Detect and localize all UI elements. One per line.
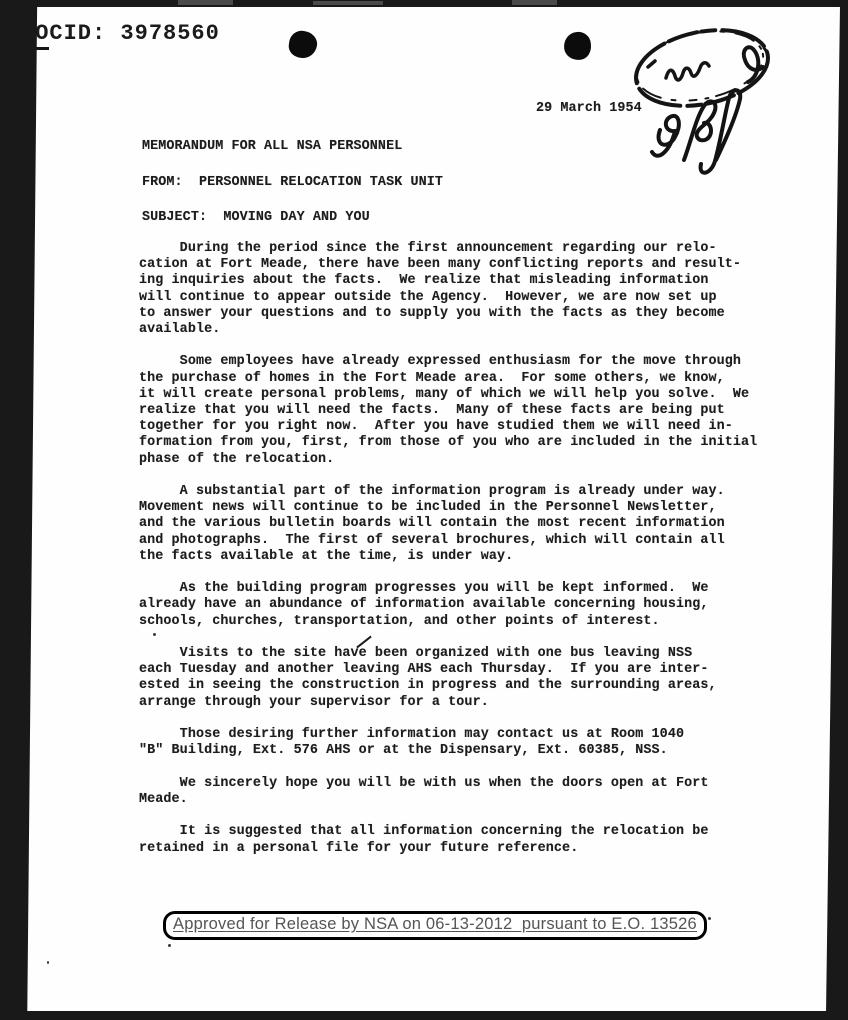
memo-heading: MEMORANDUM FOR ALL NSA PERSONNEL <box>142 139 402 155</box>
scanned-memo-page: DOCID: 3978560 29 March 1954 MEMORANDUM … <box>0 0 848 1020</box>
scan-edge-artifact <box>512 0 557 5</box>
scan-speck <box>153 633 156 636</box>
scan-speck <box>168 944 171 947</box>
memo-body: During the period since the first announ… <box>139 241 757 857</box>
subject-line: SUBJECT: MOVING DAY AND YOU <box>142 210 370 226</box>
scan-speck <box>47 961 49 964</box>
docid-label: DOCID: 3978560 <box>21 21 220 46</box>
release-stamp: Approved for Release by NSA on 06-13-201… <box>163 911 707 940</box>
punch-hole-icon <box>287 29 318 60</box>
scan-edge-artifact <box>313 1 383 5</box>
handwritten-annotation <box>598 18 798 183</box>
scan-edge-right <box>824 0 848 1020</box>
scan-edge-top <box>0 0 848 7</box>
scan-edge-bottom <box>0 1011 848 1020</box>
from-line: FROM: PERSONNEL RELOCATION TASK UNIT <box>142 175 443 191</box>
scan-edge-left <box>0 0 40 1020</box>
circled-note-icon <box>629 19 775 117</box>
scan-speck <box>708 917 711 920</box>
punch-hole-icon <box>563 31 593 62</box>
scan-edge-artifact <box>178 0 233 5</box>
